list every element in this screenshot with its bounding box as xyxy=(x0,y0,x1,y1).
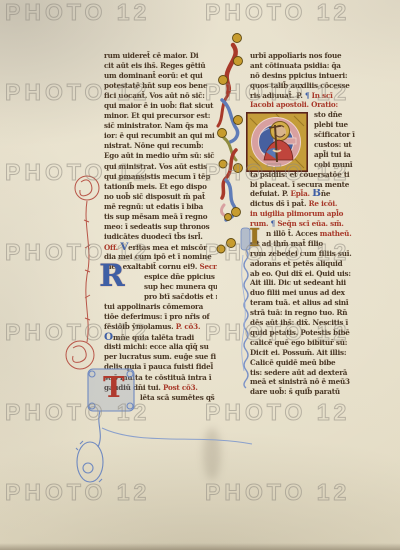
manuscript-line: tiōe deferimus: ī pro nr̄is of xyxy=(104,312,217,322)
manuscript-line: tis: sedere aūt ad dexterā xyxy=(250,368,360,378)
manuscript-line: Iacobi apostoli. Oratio: xyxy=(250,100,360,110)
manuscript-line: strā tuā: in regno tuo. Rn̄ xyxy=(250,308,360,318)
right-text-column: urbī appolīaris nos foueant cōtinuata ps… xyxy=(250,51,360,397)
manuscript-line: ior: ē qui recumbit an qui mi xyxy=(104,131,217,141)
manuscript-line: rum zebedei cum filiis suī. xyxy=(250,249,360,259)
manuscript-line: sit ad ihm̄ mat̄ filio xyxy=(250,239,360,249)
manuscript-line: nistrat. Nōne qui recumb̄: xyxy=(104,141,217,151)
manuscript-line: disti michi: ecce alia qīq̄ su xyxy=(104,342,217,352)
manuscript-line: cit aūt eis ihs̄. Reges gētiū xyxy=(104,61,217,71)
manuscript-line: qui pmansistis mecum ī tēp xyxy=(104,172,217,182)
manuscript-line: nō desins ppicius intueri: xyxy=(250,71,360,81)
manuscript-line: in uigilia plimorum apl̄o xyxy=(250,209,360,219)
initial-i-filigree xyxy=(241,228,250,388)
manuscript-line: fici uocant̄. Vos aūt nō sic̄: xyxy=(104,91,217,101)
manuscript-line: rum uideret̄ cē maior. Di xyxy=(104,51,217,61)
watermark-text: PHOTO 12 xyxy=(5,0,150,25)
manuscript-line: dēs aūt ihs̄: dix̄. Nescitis ī xyxy=(250,318,360,328)
manuscript-line: adorans et petēs aliquid xyxy=(250,259,360,269)
initial-t-red: T xyxy=(103,374,125,401)
manuscript-line: um dominant̄ eorū: et qui xyxy=(104,71,217,81)
watermark-text: PHOTO 12 xyxy=(205,399,350,425)
manuscript-line: rum. ¶ Seq̄n scī eūa. sm̄. xyxy=(250,219,360,229)
manuscript-line: quos talib̄ auxiliis cōcesse xyxy=(250,81,360,91)
manuscript-photo: rum uideret̄ cē maior. Dicit aūt eis ihs… xyxy=(0,0,400,550)
manuscript-line: dictus ds̄ ī pat̄. Re icōi. xyxy=(250,199,360,209)
manuscript-line: mē regnū: ut edatis ī biba xyxy=(104,202,217,212)
manuscript-line: tationib̄ meis. Et ego dispo xyxy=(104,182,217,192)
illuminated-initial-miniature xyxy=(246,112,308,172)
manuscript-line: iudicātes duodecī tb̄s isrl̄. xyxy=(104,232,217,242)
manuscript-line: Off. Veritas mea et miscōr xyxy=(104,242,217,252)
left-text-column: rum uideret̄ cē maior. Dicit aūt eis ihs… xyxy=(104,51,217,403)
center-foliate-border xyxy=(217,34,243,254)
manuscript-line: qui maior ē in uob̄: fiat sicut xyxy=(104,101,217,111)
manuscript-line: calicē quē ego bibitur̄ sū: xyxy=(250,338,360,348)
manuscript-line: Dicit ei. Possum̄. Ait illis: xyxy=(250,348,360,358)
watermark-text: PHOTO 12 xyxy=(205,0,350,25)
watermark-text: PHOTO 12 xyxy=(205,479,350,505)
parchment-page: rum uideret̄ cē maior. Dicit aūt eis ihs… xyxy=(0,0,400,550)
manuscript-line: tui appolinaris cōmemora xyxy=(104,302,217,312)
manuscript-line: Calicē quidē meū bibe xyxy=(250,358,360,368)
manuscript-line: ris adiuuat̄. P. ¶ In scī xyxy=(250,91,360,101)
left-margin-penwork xyxy=(66,176,99,369)
manuscript-line: ab eo. Qui dix̄ ei. Quid uis: xyxy=(250,269,360,279)
initial-i-gold: I xyxy=(249,227,260,249)
manuscript-line: defuiat. P. Epl̄a. Bn̄e xyxy=(250,189,360,199)
manuscript-line: quid petatis. Potestis bibē xyxy=(250,328,360,338)
manuscript-line: meā et sinistrā nō ē meū3 xyxy=(250,377,360,387)
manuscript-line: duo filii mei unus ad dex xyxy=(250,288,360,298)
manuscript-line: dare uob̄: s̄ quib̄ paratū xyxy=(250,387,360,397)
manuscript-line: sic̄ ministrator. Nam q̄s ma xyxy=(104,121,217,131)
manuscript-line: potestatē hn̄t sup eos bene xyxy=(104,81,217,91)
manuscript-line: Omn̄e quia talēta tradi xyxy=(104,332,217,342)
manuscript-line: Ego aūt in medio ur̄m sū: sic̄ xyxy=(104,151,217,161)
manuscript-line: per lucratus sum. euḡe sue fi xyxy=(104,352,217,362)
gold-bezants xyxy=(217,34,243,254)
manuscript-line: minor. Et qui precursor est: xyxy=(104,111,217,121)
initial-r-blue: R xyxy=(99,262,125,290)
page-bottom-edge xyxy=(0,543,400,550)
manuscript-line: n illō t̄. Acces matheū. xyxy=(250,229,360,239)
manuscript-line: no uob̄ sic̄ disposuit m̄ pat̄ xyxy=(104,192,217,202)
manuscript-line: qui ministrat. Vos aūt estis xyxy=(104,162,217,172)
manuscript-line: fēsiōib̄ ȳmolamus. P. cō3. xyxy=(104,322,217,332)
manuscript-line: urbī appolīaris nos foue xyxy=(250,51,360,61)
watermark-text: PHOTO 12 xyxy=(5,479,150,505)
manuscript-line: meo: ī sedeatis sup thronos xyxy=(104,222,217,232)
manuscript-line: bi placeat. ī secura mente xyxy=(250,180,360,190)
manuscript-line: Ait illi. Dic ut sedeant hii xyxy=(250,278,360,288)
show-through-smudge xyxy=(203,428,221,480)
watermark-text: PHOTO 12 xyxy=(5,399,150,425)
manuscript-line: ant cōtinuata psidia: q̄a xyxy=(250,61,360,71)
manuscript-line: teram tuā. et alius ad sinī xyxy=(250,298,360,308)
manuscript-line: tis sup mēsam meā ī regno xyxy=(104,212,217,222)
